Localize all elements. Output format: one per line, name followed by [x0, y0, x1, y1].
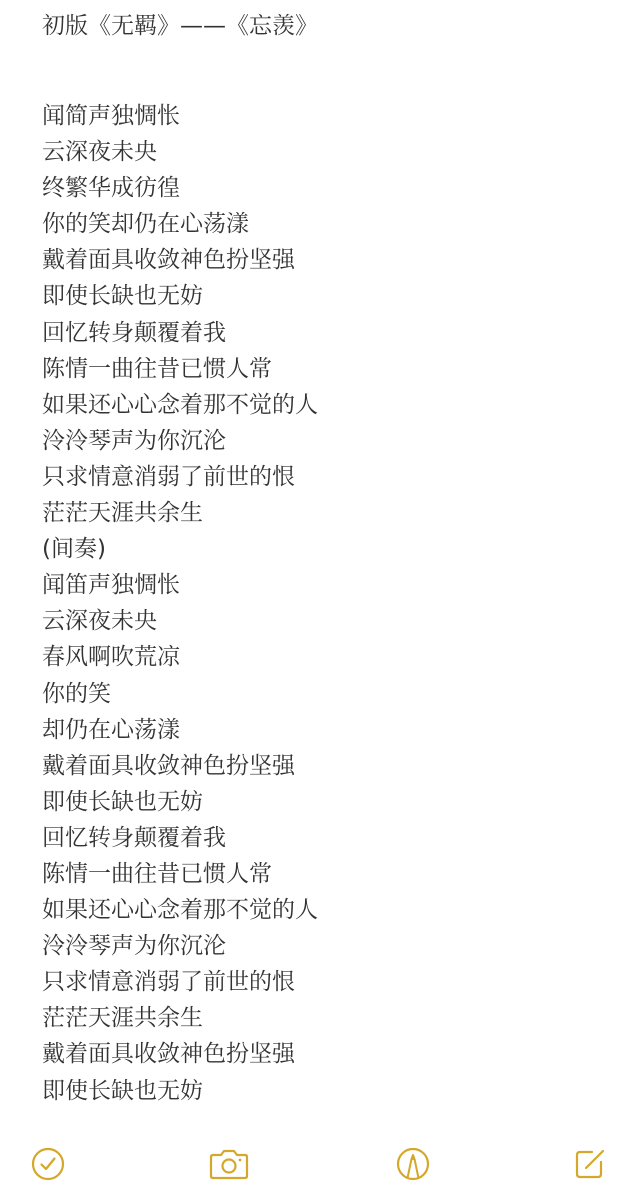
lyric-line: 只求情意消弱了前世的恨: [42, 964, 622, 1000]
checklist-icon: [31, 1147, 65, 1181]
bottom-toolbar: [0, 1140, 640, 1188]
lyric-line: 却仍在心荡漾: [42, 712, 622, 748]
lyric-line: 茫茫天涯共余生: [42, 1000, 622, 1036]
lyric-line: 即使长缺也无妨: [42, 278, 622, 314]
blank-line: [42, 44, 622, 98]
lyric-line: 泠泠琴声为你沉沦: [42, 423, 622, 459]
lyric-line: (间奏): [42, 531, 622, 567]
lyric-line: 闻简声独惆怅: [42, 98, 622, 134]
checklist-button[interactable]: [24, 1140, 72, 1188]
compose-icon: [572, 1146, 608, 1182]
lyric-line: 即使长缺也无妨: [42, 784, 622, 820]
lyric-line: 你的笑却仍在心荡漾: [42, 206, 622, 242]
lyric-line: 茫茫天涯共余生: [42, 495, 622, 531]
lyric-line: 陈情一曲往昔已惯人常: [42, 856, 622, 892]
lyric-line: 泠泠琴声为你沉沦: [42, 928, 622, 964]
lyric-line: 闻笛声独惆怅: [42, 567, 622, 603]
lyric-line: 戴着面具收敛神色扮坚强: [42, 242, 622, 278]
compose-button[interactable]: [566, 1140, 614, 1188]
lyric-line: 如果还心心念着那不觉的人: [42, 387, 622, 423]
camera-icon: [209, 1147, 249, 1181]
lyric-line: 云深夜未央: [42, 603, 622, 639]
lyric-line: 云深夜未央: [42, 134, 622, 170]
lyric-line: 你的笑: [42, 676, 622, 712]
note-body[interactable]: 初版《无羁》——《忘羡》 闻简声独惆怅 云深夜未央 终繁华成彷徨 你的笑却仍在心…: [42, 8, 622, 1109]
lyric-line: 戴着面具收敛神色扮坚强: [42, 1036, 622, 1072]
lyric-line: 陈情一曲往昔已惯人常: [42, 351, 622, 387]
camera-button[interactable]: [205, 1140, 253, 1188]
markup-button[interactable]: [389, 1140, 437, 1188]
note-title: 初版《无羁》——《忘羡》: [42, 8, 622, 44]
lyric-line: 回忆转身颠覆着我: [42, 315, 622, 351]
lyric-line: 春风啊吹荒凉: [42, 639, 622, 675]
lyric-line: 如果还心心念着那不觉的人: [42, 892, 622, 928]
lyric-line: 戴着面具收敛神色扮坚强: [42, 748, 622, 784]
lyric-line: 即使长缺也无妨: [42, 1073, 622, 1109]
lyric-line: 终繁华成彷徨: [42, 170, 622, 206]
lyric-line: 回忆转身颠覆着我: [42, 820, 622, 856]
lyrics-list: 闻简声独惆怅 云深夜未央 终繁华成彷徨 你的笑却仍在心荡漾 戴着面具收敛神色扮坚…: [42, 98, 622, 1109]
lyric-line: 只求情意消弱了前世的恨: [42, 459, 622, 495]
markup-icon: [396, 1147, 430, 1181]
